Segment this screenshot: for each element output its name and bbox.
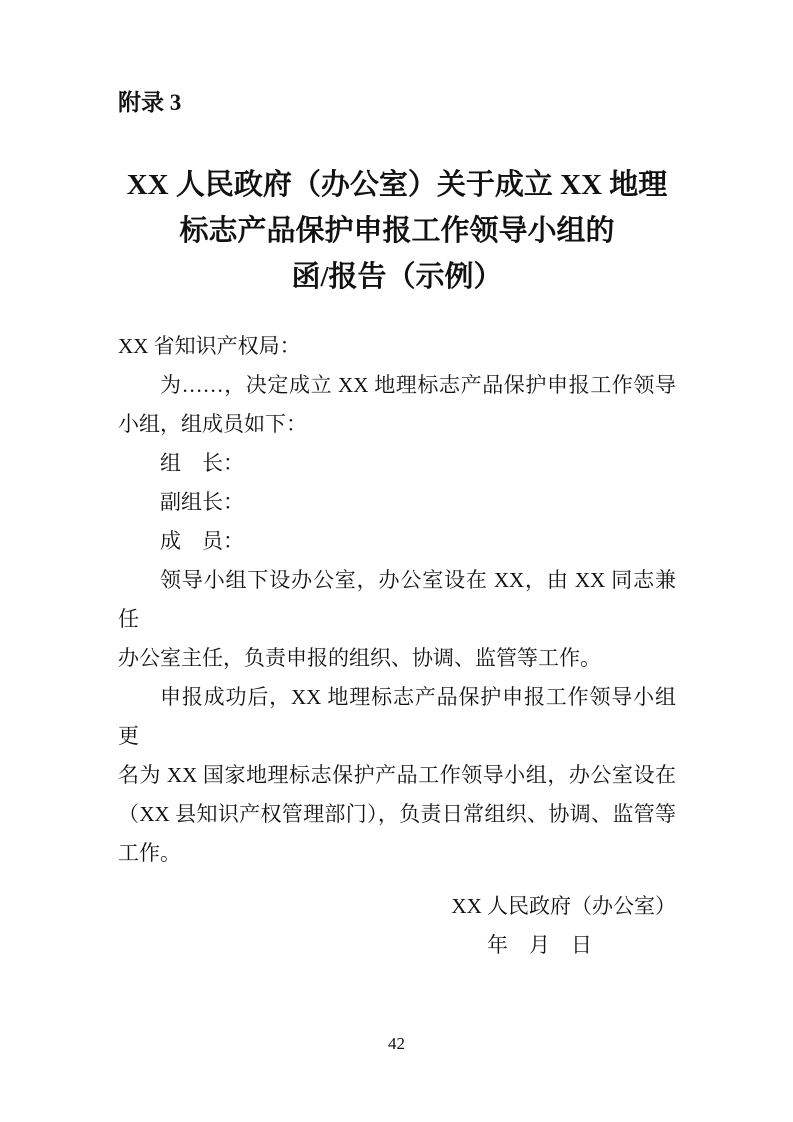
title-line-2: 标志产品保护申报工作领导小组的	[118, 208, 676, 254]
document-body: XX 省知识产权局： 为……，决定成立 XX 地理标志产品保护申报工作领导 小组…	[118, 327, 676, 873]
signature-date: 年 月 日	[118, 926, 676, 965]
group-leader-line: 组 长：	[118, 444, 676, 483]
rename-paragraph-line-2: 名为 XX 国家地理标志保护产品工作领导小组，办公室设在	[118, 756, 676, 795]
rename-paragraph-line-3: （XX 县知识产权管理部门），负责日常组织、协调、监管等	[118, 795, 676, 834]
rename-paragraph-line-1: 申报成功后，XX 地理标志产品保护申报工作领导小组更	[118, 678, 676, 756]
document-title: XX 人民政府（办公室）关于成立 XX 地理 标志产品保护申报工作领导小组的 函…	[118, 162, 676, 300]
rename-paragraph-line-4: 工作。	[118, 834, 676, 873]
appendix-label: 附录 3	[118, 88, 676, 118]
title-line-1: XX 人民政府（办公室）关于成立 XX 地理	[118, 162, 676, 208]
document-page: 附录 3 XX 人民政府（办公室）关于成立 XX 地理 标志产品保护申报工作领导…	[0, 0, 793, 1122]
intro-line-2: 小组，组成员如下：	[118, 405, 676, 444]
office-paragraph-line-2: 办公室主任，负责申报的组织、协调、监管等工作。	[118, 639, 676, 678]
page-number: 42	[0, 1034, 793, 1054]
signature-block: XX 人民政府（办公室） 年 月 日	[118, 887, 676, 965]
deputy-leader-line: 副组长：	[118, 483, 676, 522]
title-line-3: 函/报告（示例）	[118, 254, 676, 300]
signature-organization: XX 人民政府（办公室）	[118, 887, 676, 926]
members-line: 成 员：	[118, 522, 676, 561]
document-content: 附录 3 XX 人民政府（办公室）关于成立 XX 地理 标志产品保护申报工作领导…	[118, 0, 676, 965]
recipient-line: XX 省知识产权局：	[118, 327, 676, 366]
office-paragraph-line-1: 领导小组下设办公室，办公室设在 XX，由 XX 同志兼任	[118, 561, 676, 639]
intro-line-1: 为……，决定成立 XX 地理标志产品保护申报工作领导	[118, 366, 676, 405]
